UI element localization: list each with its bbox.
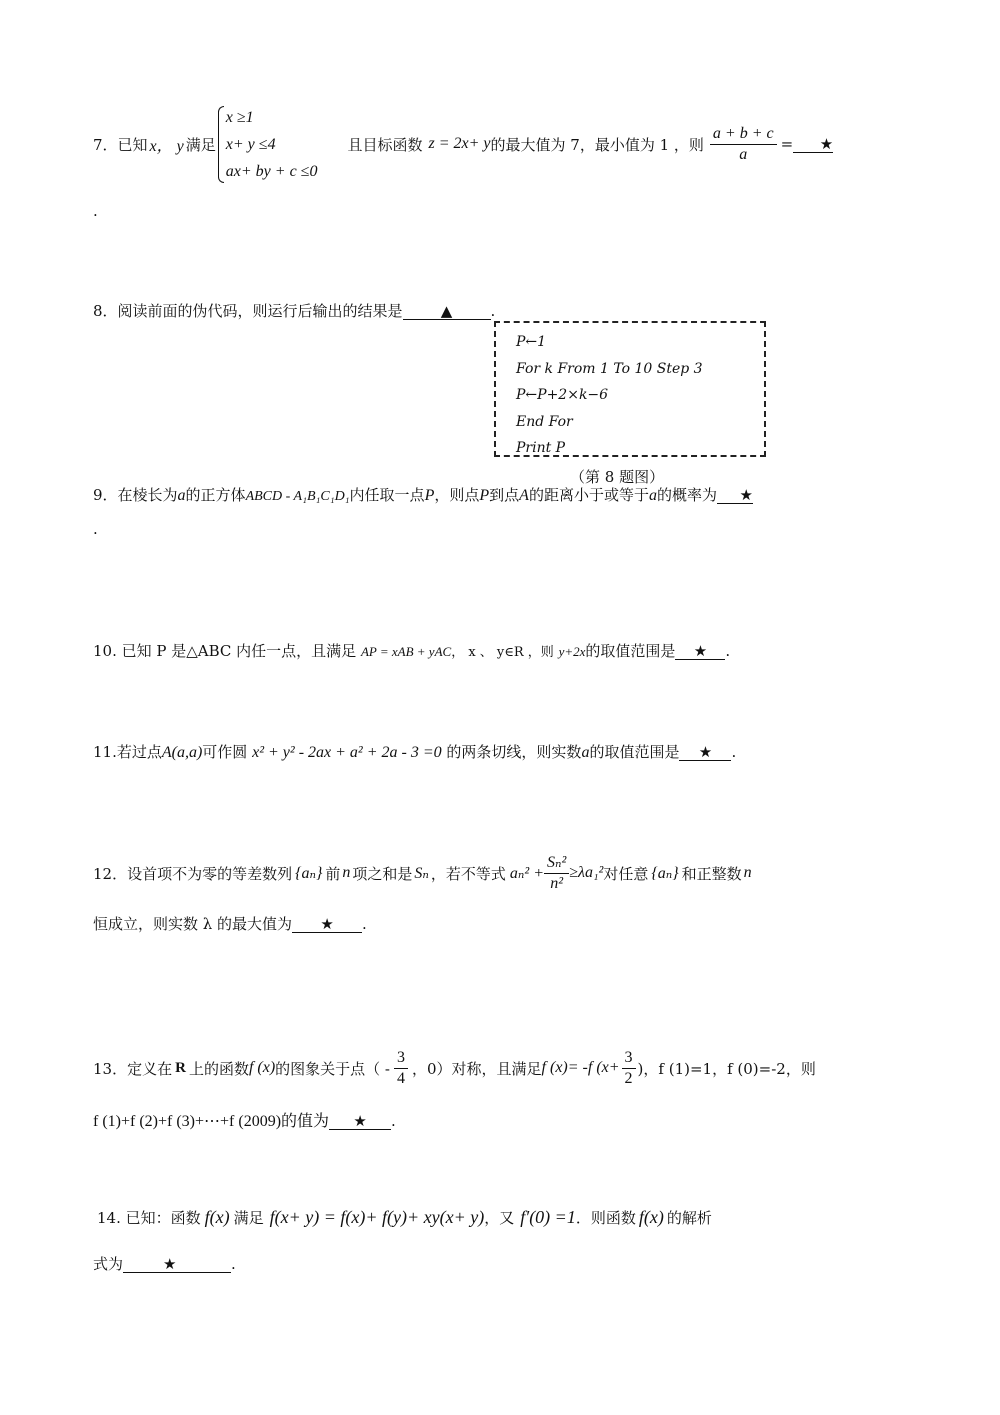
- q7-fraction: a + b + c a: [710, 124, 777, 165]
- q13-text2: 上的函数: [189, 1058, 249, 1079]
- q14-line2: 式为: [93, 1255, 123, 1273]
- q12-text5: 对任意: [603, 863, 648, 884]
- q12-frac-den: n²: [544, 874, 569, 894]
- q7-satisfy: 满足: [186, 134, 216, 155]
- q13-text4: ，0）对称，且满足: [412, 1058, 542, 1079]
- q12-dot: .: [362, 915, 367, 933]
- q12-text1: 12．设首项不为零的等差数列: [93, 863, 292, 884]
- q14-text1: 14. 已知：函数: [97, 1207, 201, 1228]
- q7-text2: 的最大值为 7，最小值为 1 ，则: [491, 134, 704, 155]
- q14-fx: f(x): [205, 1207, 230, 1228]
- question-8: 8．阅读前面的伪代码，则运行后输出的结果是▲.: [93, 300, 495, 321]
- q7-mid-text: 且目标函数: [347, 134, 422, 155]
- q14-text5: 的解析: [667, 1207, 712, 1228]
- q10-text3: 的取值范围是: [585, 642, 675, 660]
- q7-trailing-dot: .: [93, 202, 98, 220]
- q9-answer-blank[interactable]: ★: [717, 487, 753, 504]
- q7-constraint-3: ax+ by + c ≤0: [226, 158, 318, 185]
- q14-text4: ．则函数: [576, 1207, 636, 1228]
- star-icon: ★: [820, 135, 833, 153]
- q10-answer-blank[interactable]: ★: [675, 643, 725, 660]
- q13-condition: f (x)= -f (x+: [542, 1059, 620, 1077]
- q12-ineq-left: aₙ² +: [510, 863, 544, 883]
- q12-sequence: {aₙ}: [295, 863, 322, 883]
- q13-text5: )，f (1)=1，f (0)=-2，则: [638, 1058, 816, 1079]
- q12-answer-blank[interactable]: ★: [292, 916, 362, 933]
- triangle-icon: ▲: [441, 302, 453, 320]
- q7-constraint-2: x+ y ≤4: [226, 131, 318, 158]
- q13-dot: .: [391, 1112, 396, 1130]
- question-14-line2: 式为★.: [93, 1253, 236, 1274]
- q14-fx-2: f(x): [639, 1207, 664, 1228]
- q12-Sn: Sₙ: [414, 863, 428, 883]
- star-icon: ★: [740, 486, 753, 504]
- code-line-3: P←P+2×k−6: [516, 382, 764, 409]
- q8-answer-blank[interactable]: ▲: [403, 303, 491, 320]
- q8-text: 8．阅读前面的伪代码，则运行后输出的结果是: [93, 302, 403, 320]
- q9-text6: 的距离小于或等于: [529, 486, 649, 504]
- question-9: 9．在棱长为a的正方体ABCD - A₁B₁C₁D₁内任取一点P，则点P到点A的…: [93, 484, 753, 505]
- q11-point: A(a,a): [162, 744, 202, 761]
- q12-line2: 恒成立，则实数 λ 的最大值为: [93, 915, 292, 933]
- star-icon: ★: [320, 915, 333, 933]
- q7-eq: =: [781, 135, 794, 153]
- q13-frac1-den: 4: [394, 1068, 408, 1089]
- q9-cube: ABCD - A₁B₁C₁D₁: [246, 489, 350, 504]
- q7-frac-den: a: [710, 145, 777, 165]
- q13-fx: f (x): [249, 1059, 275, 1077]
- star-icon: ★: [163, 1255, 176, 1273]
- q12-ineq-right: ≥λa₁²: [569, 864, 603, 882]
- q11-text3: 的两条切线，则实数: [446, 743, 581, 761]
- q13-answer-blank[interactable]: ★: [329, 1113, 391, 1130]
- q9-trailing-dot: .: [93, 520, 98, 538]
- code-line-5: Print P: [516, 435, 764, 462]
- q7-objective: z = 2x+ y: [428, 135, 490, 153]
- q12-frac-num: Sₙ²: [544, 853, 569, 874]
- q10-text2: ， x 、 y∈R ，则: [451, 645, 554, 660]
- q13-fraction-1: 3 4: [394, 1048, 408, 1089]
- q14-derivative: f′(0) =1: [520, 1207, 576, 1228]
- q9-text5: 到点: [489, 486, 519, 504]
- question-13: 13．定义在 R 上的函数 f (x) 的图象关于点（ - 3 4 ，0）对称，…: [93, 1043, 816, 1093]
- q7-frac-num: a + b + c: [710, 124, 777, 145]
- question-7: 7．已知 x， y 满足 x ≥1 x+ y ≤4 ax+ by + c ≤0 …: [93, 100, 833, 188]
- q13-R: R: [175, 1060, 186, 1077]
- q9-text1: 9．在棱长为: [93, 486, 178, 504]
- q11-circle-equation: x² + y² - 2ax + a² + 2a - 3 =0: [252, 744, 442, 761]
- q11-dot: .: [731, 743, 736, 761]
- q9-text7: 的概率为: [657, 486, 717, 504]
- q9-a: a: [178, 487, 186, 504]
- q13-frac2-den: 2: [622, 1069, 636, 1089]
- q11-text2: 可作圆: [202, 743, 247, 761]
- q12-sequence-2: {aₙ}: [651, 863, 678, 883]
- q8-dot: .: [491, 302, 496, 320]
- q12-n-2: n: [744, 864, 752, 882]
- star-icon: ★: [694, 642, 707, 660]
- q13-text1: 13．定义在: [93, 1058, 172, 1079]
- q12-text3: 项之和是: [352, 863, 412, 884]
- question-12: 12．设首项不为零的等差数列 {aₙ} 前 n 项之和是 Sₙ ，若不等式 aₙ…: [93, 848, 752, 898]
- q7-constraint-1: x ≥1: [226, 104, 318, 131]
- q7-vars: x， y: [150, 133, 184, 156]
- q13-text3: 的图象关于点（ -: [275, 1058, 390, 1079]
- q10-vector-equation: AP = xAB + yAC: [361, 644, 451, 659]
- q14-answer-blank[interactable]: ★: [123, 1256, 231, 1273]
- q10-dot: .: [725, 642, 730, 660]
- q12-text2: 前: [325, 863, 340, 884]
- q9-text2: 的正方体: [186, 486, 246, 504]
- question-10: 10. 已知 P 是△ABC 内任一点，且满足 AP = xAB + yAC， …: [93, 640, 730, 661]
- q14-text2: 满足: [234, 1207, 264, 1228]
- question-13-line2: f (1)+f (2)+f (3)+⋯+f (2009)的值为★.: [93, 1108, 396, 1131]
- q12-fraction: Sₙ² n²: [544, 853, 569, 894]
- q10-expression: y+2x: [559, 644, 586, 659]
- star-icon: ★: [353, 1112, 366, 1130]
- code-line-4: End For: [516, 409, 764, 436]
- question-11: 11.若过点A(a,a)可作圆 x² + y² - 2ax + a² + 2a …: [93, 741, 736, 762]
- q12-text4: ，若不等式: [431, 863, 506, 884]
- pseudocode-box: P←1 For k From 1 To 10 Step 3 P←P+2×k−6 …: [494, 321, 766, 457]
- q7-constraint-system: x ≥1 x+ y ≤4 ax+ by + c ≤0: [216, 104, 318, 185]
- q11-text1: 11.若过点: [93, 743, 162, 761]
- q9-text4: ，则点: [434, 486, 479, 504]
- q9-p: P: [425, 487, 435, 504]
- q9-p2: P: [479, 487, 489, 504]
- q14-dot: .: [231, 1255, 236, 1273]
- q13-line2: f (1)+f (2)+f (3)+⋯+f (2009)的值为: [93, 1113, 329, 1130]
- q13-frac2-num: 3: [622, 1048, 636, 1069]
- code-line-2: For k From 1 To 10 Step 3: [516, 356, 764, 383]
- q9-text3: 内任取一点: [350, 486, 425, 504]
- q11-answer-blank[interactable]: ★: [679, 744, 731, 761]
- q7-answer-blank[interactable]: ★: [793, 136, 833, 153]
- code-line-1: P←1: [516, 329, 764, 356]
- q13-frac1-num: 3: [394, 1048, 408, 1068]
- q14-functional-equation: f(x+ y) = f(x)+ f(y)+ xy(x+ y): [270, 1207, 485, 1228]
- question-12-line2: 恒成立，则实数 λ 的最大值为★.: [93, 913, 367, 934]
- q12-text6: 和正整数: [682, 863, 742, 884]
- question-14: 14. 已知：函数 f(x) 满足 f(x+ y) = f(x)+ f(y)+ …: [97, 1207, 712, 1228]
- q14-text3: ，又: [484, 1207, 514, 1228]
- q7-number: 7．已知: [93, 134, 148, 155]
- q11-text4: 的取值范围是: [589, 743, 679, 761]
- q9-A: A: [519, 487, 529, 504]
- q12-n: n: [342, 864, 350, 882]
- star-icon: ★: [699, 743, 712, 761]
- q9-a2: a: [649, 487, 657, 504]
- q13-fraction-2: 3 2: [622, 1048, 636, 1089]
- q10-text1: 10. 已知 P 是△ABC 内任一点，且满足: [93, 642, 356, 660]
